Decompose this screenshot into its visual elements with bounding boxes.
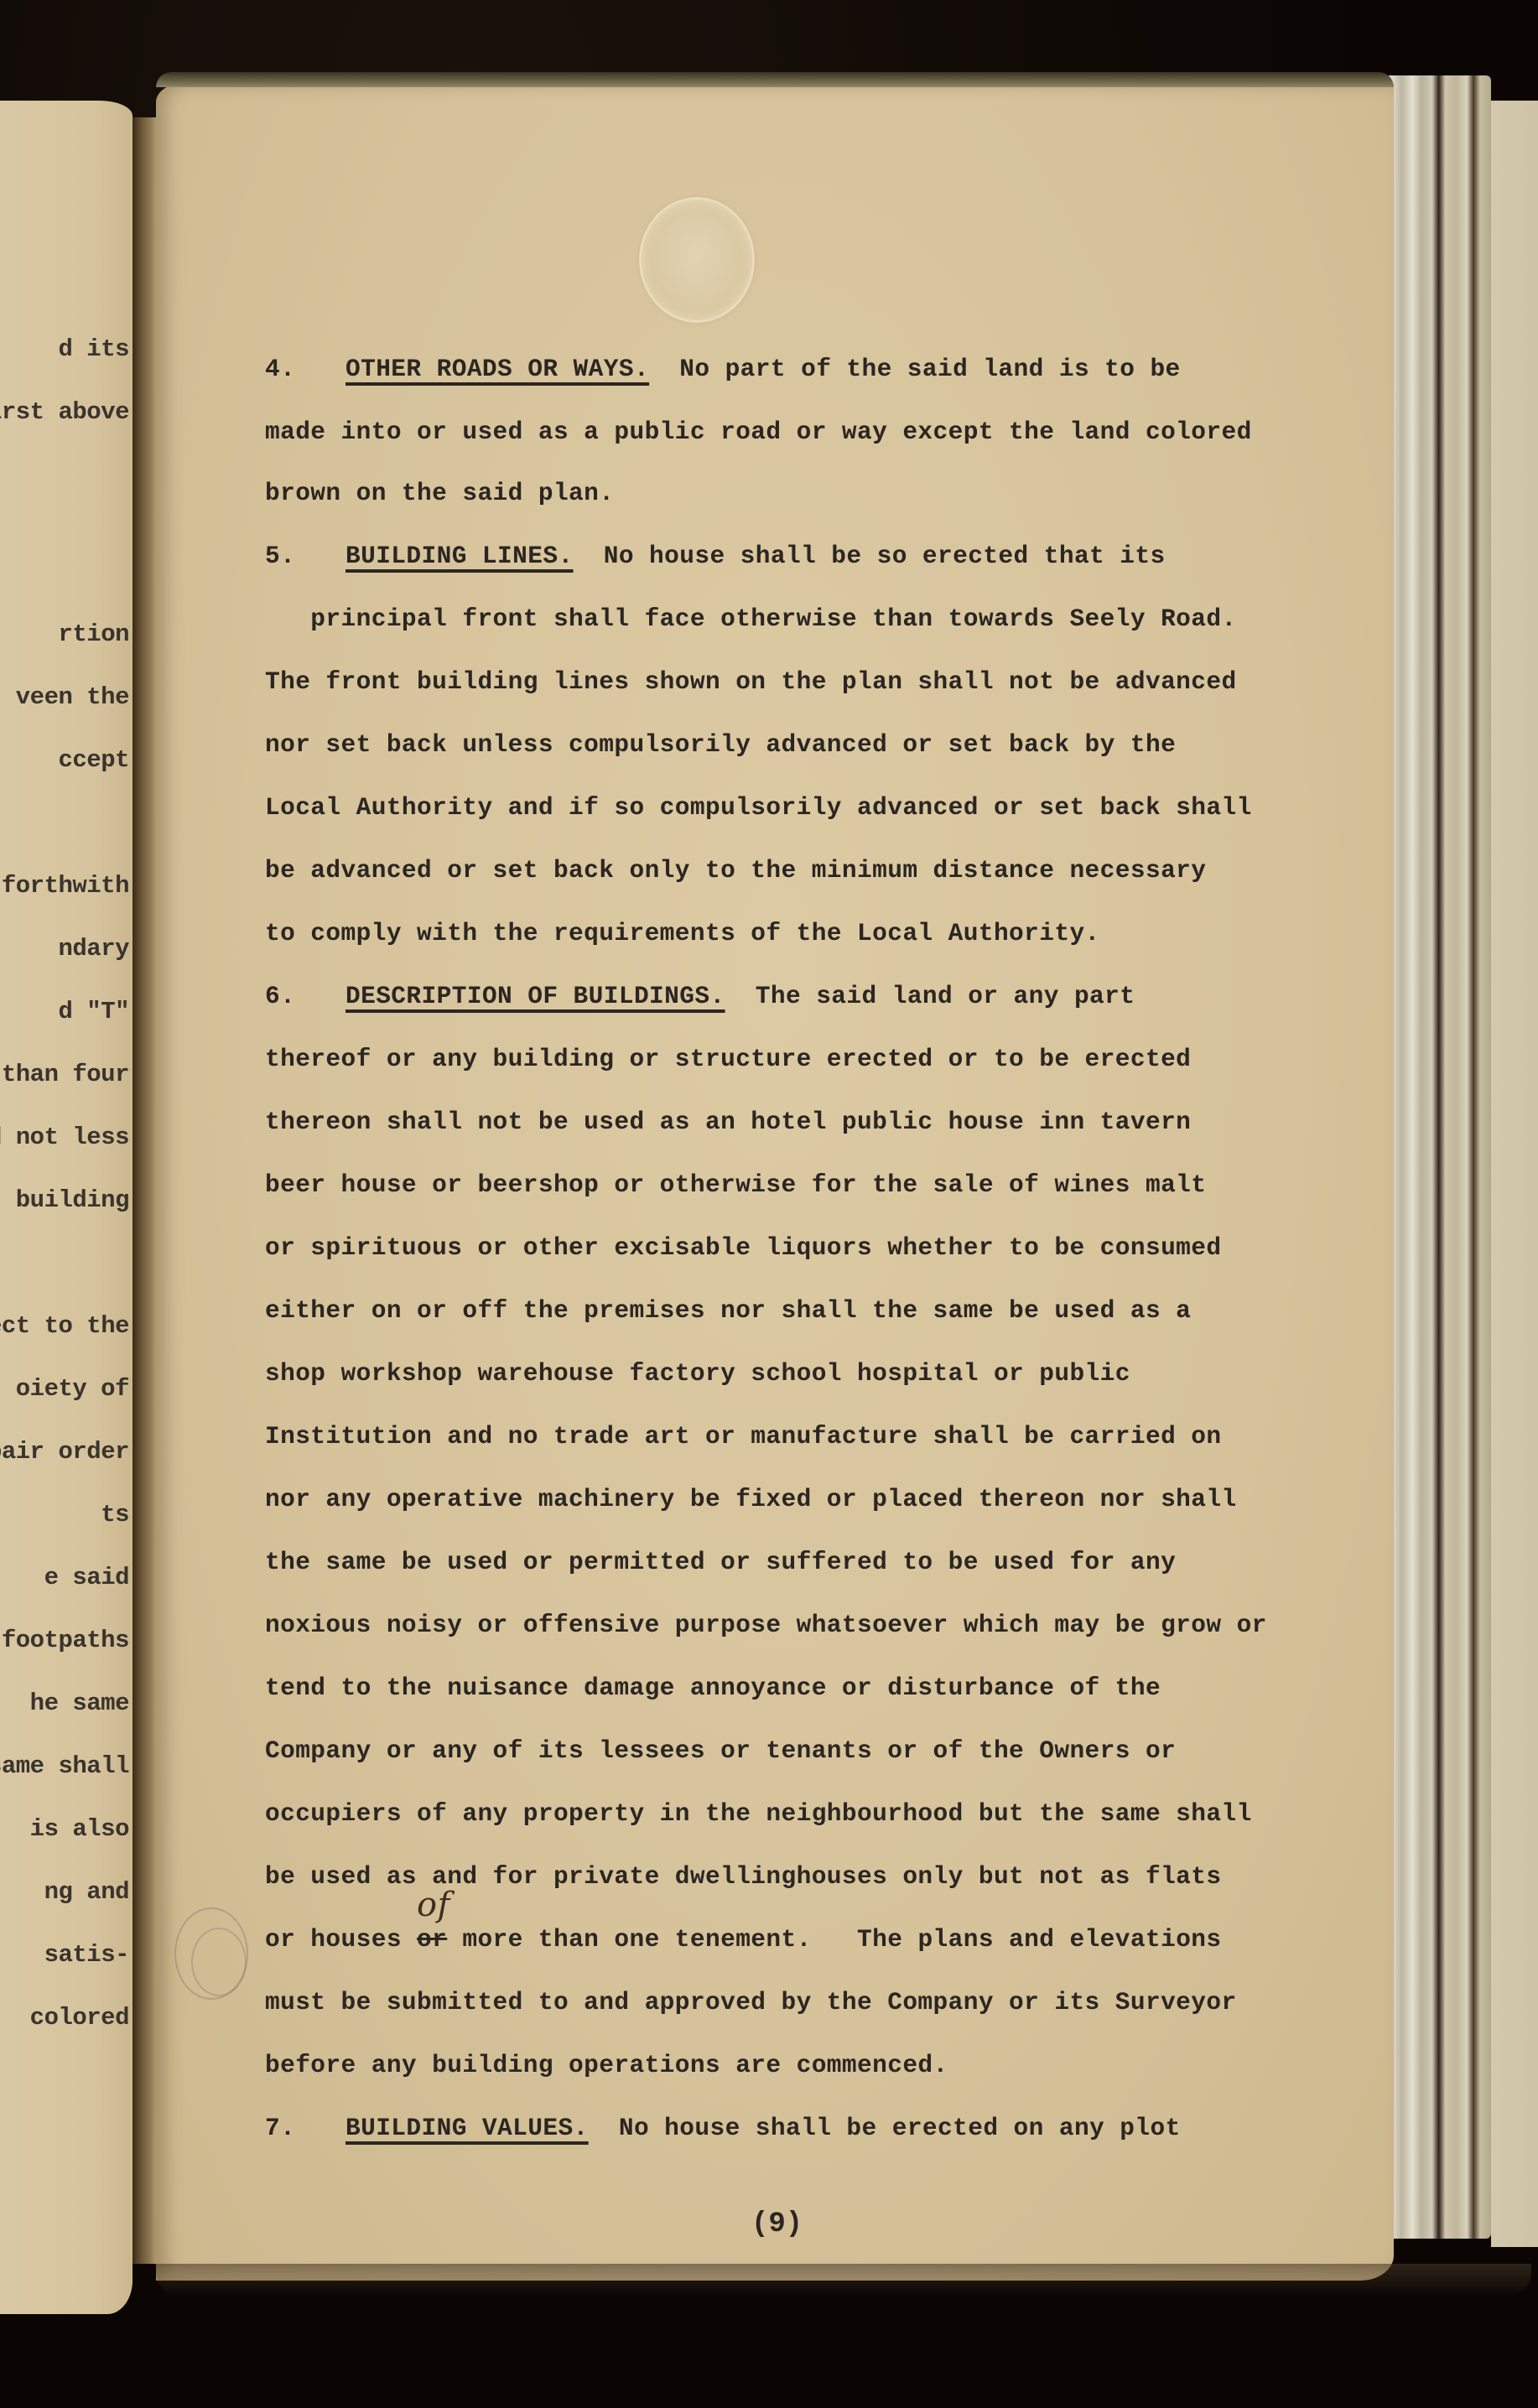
line-text: must be submitted to and approved by the… [265,1988,1237,2016]
document-line: made into or used as a public road or wa… [265,415,1252,449]
line-text: to comply with the requirements of the L… [265,919,1100,947]
line-text: shop workshop warehouse factory school h… [265,1359,1130,1388]
left-page-text-fragment: oiety of [16,1375,129,1403]
line-text: be advanced or set back only to the mini… [265,856,1206,885]
line-text: The said land or any part [725,982,1135,1010]
page-bottom-shadow [156,2264,1531,2297]
left-page-text-fragment: first above [0,398,129,426]
document-line: Local Authority and if so compulsorily a… [265,791,1252,824]
line-text: the same be used or permitted or suffere… [265,1548,1176,1576]
line-text: more than one tenement. The plans and el… [447,1925,1221,1954]
document-line: Institution and no trade art or manufact… [265,1419,1221,1453]
clause-heading: OTHER ROADS OR WAYS. [346,355,649,383]
left-page-text-fragment: d "T" [58,998,129,1025]
line-text: Company or any of its lessees or tenants… [265,1736,1176,1765]
book-gutter [132,117,158,2264]
left-page-text-fragment: e said [44,1564,129,1591]
clause-heading: DESCRIPTION OF BUILDINGS. [346,982,725,1010]
left-page-text-fragment: ts [101,1501,129,1528]
left-page-text-fragment: satis- [44,1941,129,1969]
left-page-fragment: d itsfirst abovertionveen thecceptforthw… [0,101,132,2314]
clause-heading-line: 6.DESCRIPTION OF BUILDINGS. The said lan… [265,979,1135,1013]
line-text: occupiers of any property in the neighbo… [265,1799,1252,1828]
struck-word: orof [417,1925,447,1954]
line-text: The front building lines shown on the pl… [265,667,1237,696]
left-page-text-fragment: forthwith [2,872,129,900]
document-line: beer house or beershop or otherwise for … [265,1168,1206,1201]
document-line: thereof or any building or structure ere… [265,1042,1191,1076]
clause-number: 5. [265,539,346,573]
document-line: thereon shall not be used as an hotel pu… [265,1105,1191,1139]
document-line: nor set back unless compulsorily advance… [265,728,1176,761]
line-text: No part of the said land is to be [649,355,1181,383]
line-text: before any building operations are comme… [265,2051,948,2079]
clause-heading-line: 5.BUILDING LINES. No house shall be so e… [265,539,1166,573]
document-line: nor any operative machinery be fixed or … [265,1482,1237,1516]
left-page-text-fragment: ect to the [0,1312,129,1340]
faint-stamp-icon [174,1907,248,2000]
document-line: The front building lines shown on the pl… [265,665,1237,698]
document-line: must be submitted to and approved by the… [265,1985,1237,2019]
document-line: Company or any of its lessees or tenants… [265,1734,1176,1767]
left-page-text-fragment: is also [30,1815,129,1843]
document-line: be used as and for private dwellinghouse… [265,1860,1221,1893]
line-text: noxious noisy or offensive purpose whats… [265,1611,1267,1639]
document-line: the same be used or permitted or suffere… [265,1545,1176,1579]
line-text: beer house or beershop or otherwise for … [265,1170,1206,1199]
document-line: principal front shall face otherwise tha… [265,602,1237,636]
clause-heading: BUILDING VALUES. [346,2114,589,2142]
line-text: either on or off the premises nor shall … [265,1296,1191,1325]
left-page-text-fragment: veen the [16,683,129,711]
left-page-text-fragment: ccept [58,746,129,774]
document-line: be advanced or set back only to the mini… [265,854,1206,887]
document-line: before any building operations are comme… [265,2048,948,2082]
left-page-text-fragment: pair order [0,1438,129,1466]
left-page-text-fragment: than four [2,1061,129,1088]
document-line: either on or off the premises nor shall … [265,1294,1191,1327]
document-line: or spirituous or other excisable liquors… [265,1231,1221,1264]
left-page-text-fragment: same shall [0,1752,129,1780]
document-line: brown on the said plan. [265,476,614,510]
line-text: Local Authority and if so compulsorily a… [265,793,1252,822]
left-page-text-fragment: he same [30,1689,129,1717]
left-page-text-fragment: ng and [44,1878,129,1906]
document-line: shop workshop warehouse factory school h… [265,1357,1130,1390]
page-stack-edge [1382,75,1491,2239]
line-text: tend to the nuisance damage annoyance or… [265,1674,1161,1702]
document-line: noxious noisy or offensive purpose whats… [265,1608,1267,1642]
line-text: made into or used as a public road or wa… [265,418,1252,446]
left-page-text-fragment: footpaths [2,1627,129,1654]
line-text: nor set back unless compulsorily advance… [265,730,1176,759]
line-text: thereon shall not be used as an hotel pu… [265,1108,1191,1136]
line-text: or spirituous or other excisable liquors… [265,1233,1221,1262]
clause-number: 7. [265,2111,346,2145]
document-line: or houses orof more than one tenement. T… [265,1923,1222,1956]
line-text: or houses [265,1925,417,1954]
page-number: (9) [751,2208,803,2240]
clause-heading-line: 4.OTHER ROADS OR WAYS. No part of the sa… [265,352,1181,386]
clause-heading-line: 7.BUILDING VALUES. No house shall be ere… [265,2111,1181,2145]
underlying-page [1491,101,1538,2247]
clause-number: 4. [265,352,346,386]
line-text: nor any operative machinery be fixed or … [265,1485,1237,1513]
line-text: Institution and no trade art or manufact… [265,1422,1221,1451]
line-text: principal front shall face otherwise tha… [265,605,1237,633]
document-line: to comply with the requirements of the L… [265,916,1100,950]
handwritten-correction: of [417,1888,450,1922]
left-page-text-fragment: ndary [58,935,129,963]
line-text: be used as and for private dwellinghouse… [265,1862,1221,1891]
left-page-text-fragment: d its [58,335,129,363]
left-page-text-fragment: d not less [0,1124,129,1151]
line-text: brown on the said plan. [265,479,614,507]
document-line: occupiers of any property in the neighbo… [265,1797,1252,1830]
left-page-text-fragment: colored [30,2004,129,2032]
left-page-text-fragment: rtion [58,620,129,648]
clause-number: 6. [265,979,346,1013]
document-line: tend to the nuisance damage annoyance or… [265,1671,1161,1705]
line-text: No house shall be so erected that its [574,542,1166,570]
line-text: No house shall be erected on any plot [589,2114,1181,2142]
left-page-text-fragment: building [16,1186,129,1214]
embossed-seal-icon [639,197,755,323]
clause-heading: BUILDING LINES. [346,542,574,570]
line-text: thereof or any building or structure ere… [265,1045,1191,1073]
